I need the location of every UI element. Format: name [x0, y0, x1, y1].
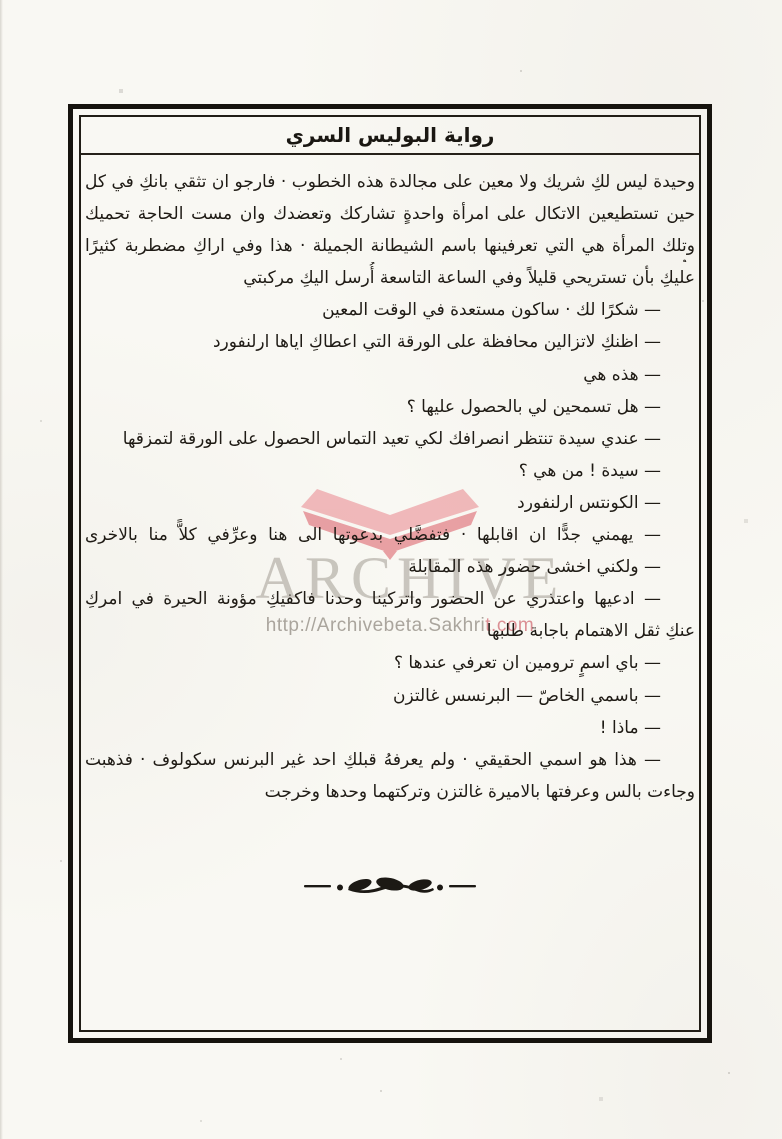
text-line: وجاءت بالس وعرفتها بالاميرة غالتزن وتركت…	[85, 776, 695, 808]
dialogue-line: — هذه هي	[85, 359, 695, 391]
dialogue-line: — شكرًا لك · ساكون مستعدة في الوقت المعي…	[85, 294, 695, 326]
scanned-book-page: ARCHIVE http://Archivebeta.Sakhrit.com ر…	[0, 0, 782, 1139]
page-text: وحيدة ليس لكِ شريك ولا معين على مجالدة ه…	[81, 155, 699, 898]
page-border-frame: رواية البوليس السري وحيدة ليس لكِ شريك و…	[68, 104, 712, 1043]
inner-border: رواية البوليس السري وحيدة ليس لكِ شريك و…	[79, 115, 701, 1032]
floral-flourish-divider-icon	[304, 874, 476, 898]
tailpiece-ornament	[85, 874, 695, 898]
dialogue-line: — عندي سيدة تنتظر انصرافك لكي تعيد التما…	[85, 423, 695, 455]
dialogue-line: — ماذا !	[85, 712, 695, 744]
text-line: حين تستطيعين الاتكال على امرأة واحدةٍ تش…	[85, 198, 695, 230]
dialogue-line: — ادعيها واعتذري عن الحضور واتركينا وحدن…	[85, 583, 695, 615]
page-header: رواية البوليس السري	[81, 117, 699, 155]
dialogue-line: — اظنكِ لاتزالين محافظة على الورقة التي …	[85, 326, 695, 358]
dialogue-line: — هل تسمحين لي بالحصول عليها ؟	[85, 391, 695, 423]
text-line: وتلك المرأة هي التي تعرفينها باسم الشيطا…	[85, 230, 695, 262]
dialogue-line: — هذا هو اسمي الحقيقي · ولم يعرفهُ قبلكِ…	[85, 744, 695, 776]
dialogue-line: — يهمني جدًّا ان اقابلها · فتفضَّلي بدعو…	[85, 519, 695, 551]
dialogue-line: — سيدة ! من هي ؟	[85, 455, 695, 487]
text-line: وحيدة ليس لكِ شريك ولا معين على مجالدة ه…	[85, 166, 695, 198]
dialogue-line: — ولكني اخشى حضور هذه المقابلة	[85, 551, 695, 583]
dialogue-line: — باي اسمٍ ترومين ان تعرفي عندها ؟	[85, 647, 695, 679]
dialogue-line: — باسمي الخاصّ — البرنسس غالتزن	[85, 680, 695, 712]
dialogue-line: — الكونتس ارلنفورد	[85, 487, 695, 519]
text-line: عليكِ بأن تستريحي قليلاً وفي الساعة التا…	[85, 262, 695, 294]
book-title: رواية البوليس السري	[286, 123, 495, 147]
text-line: عنكِ ثقل الاهتمام باجابة طلبها	[85, 615, 695, 647]
